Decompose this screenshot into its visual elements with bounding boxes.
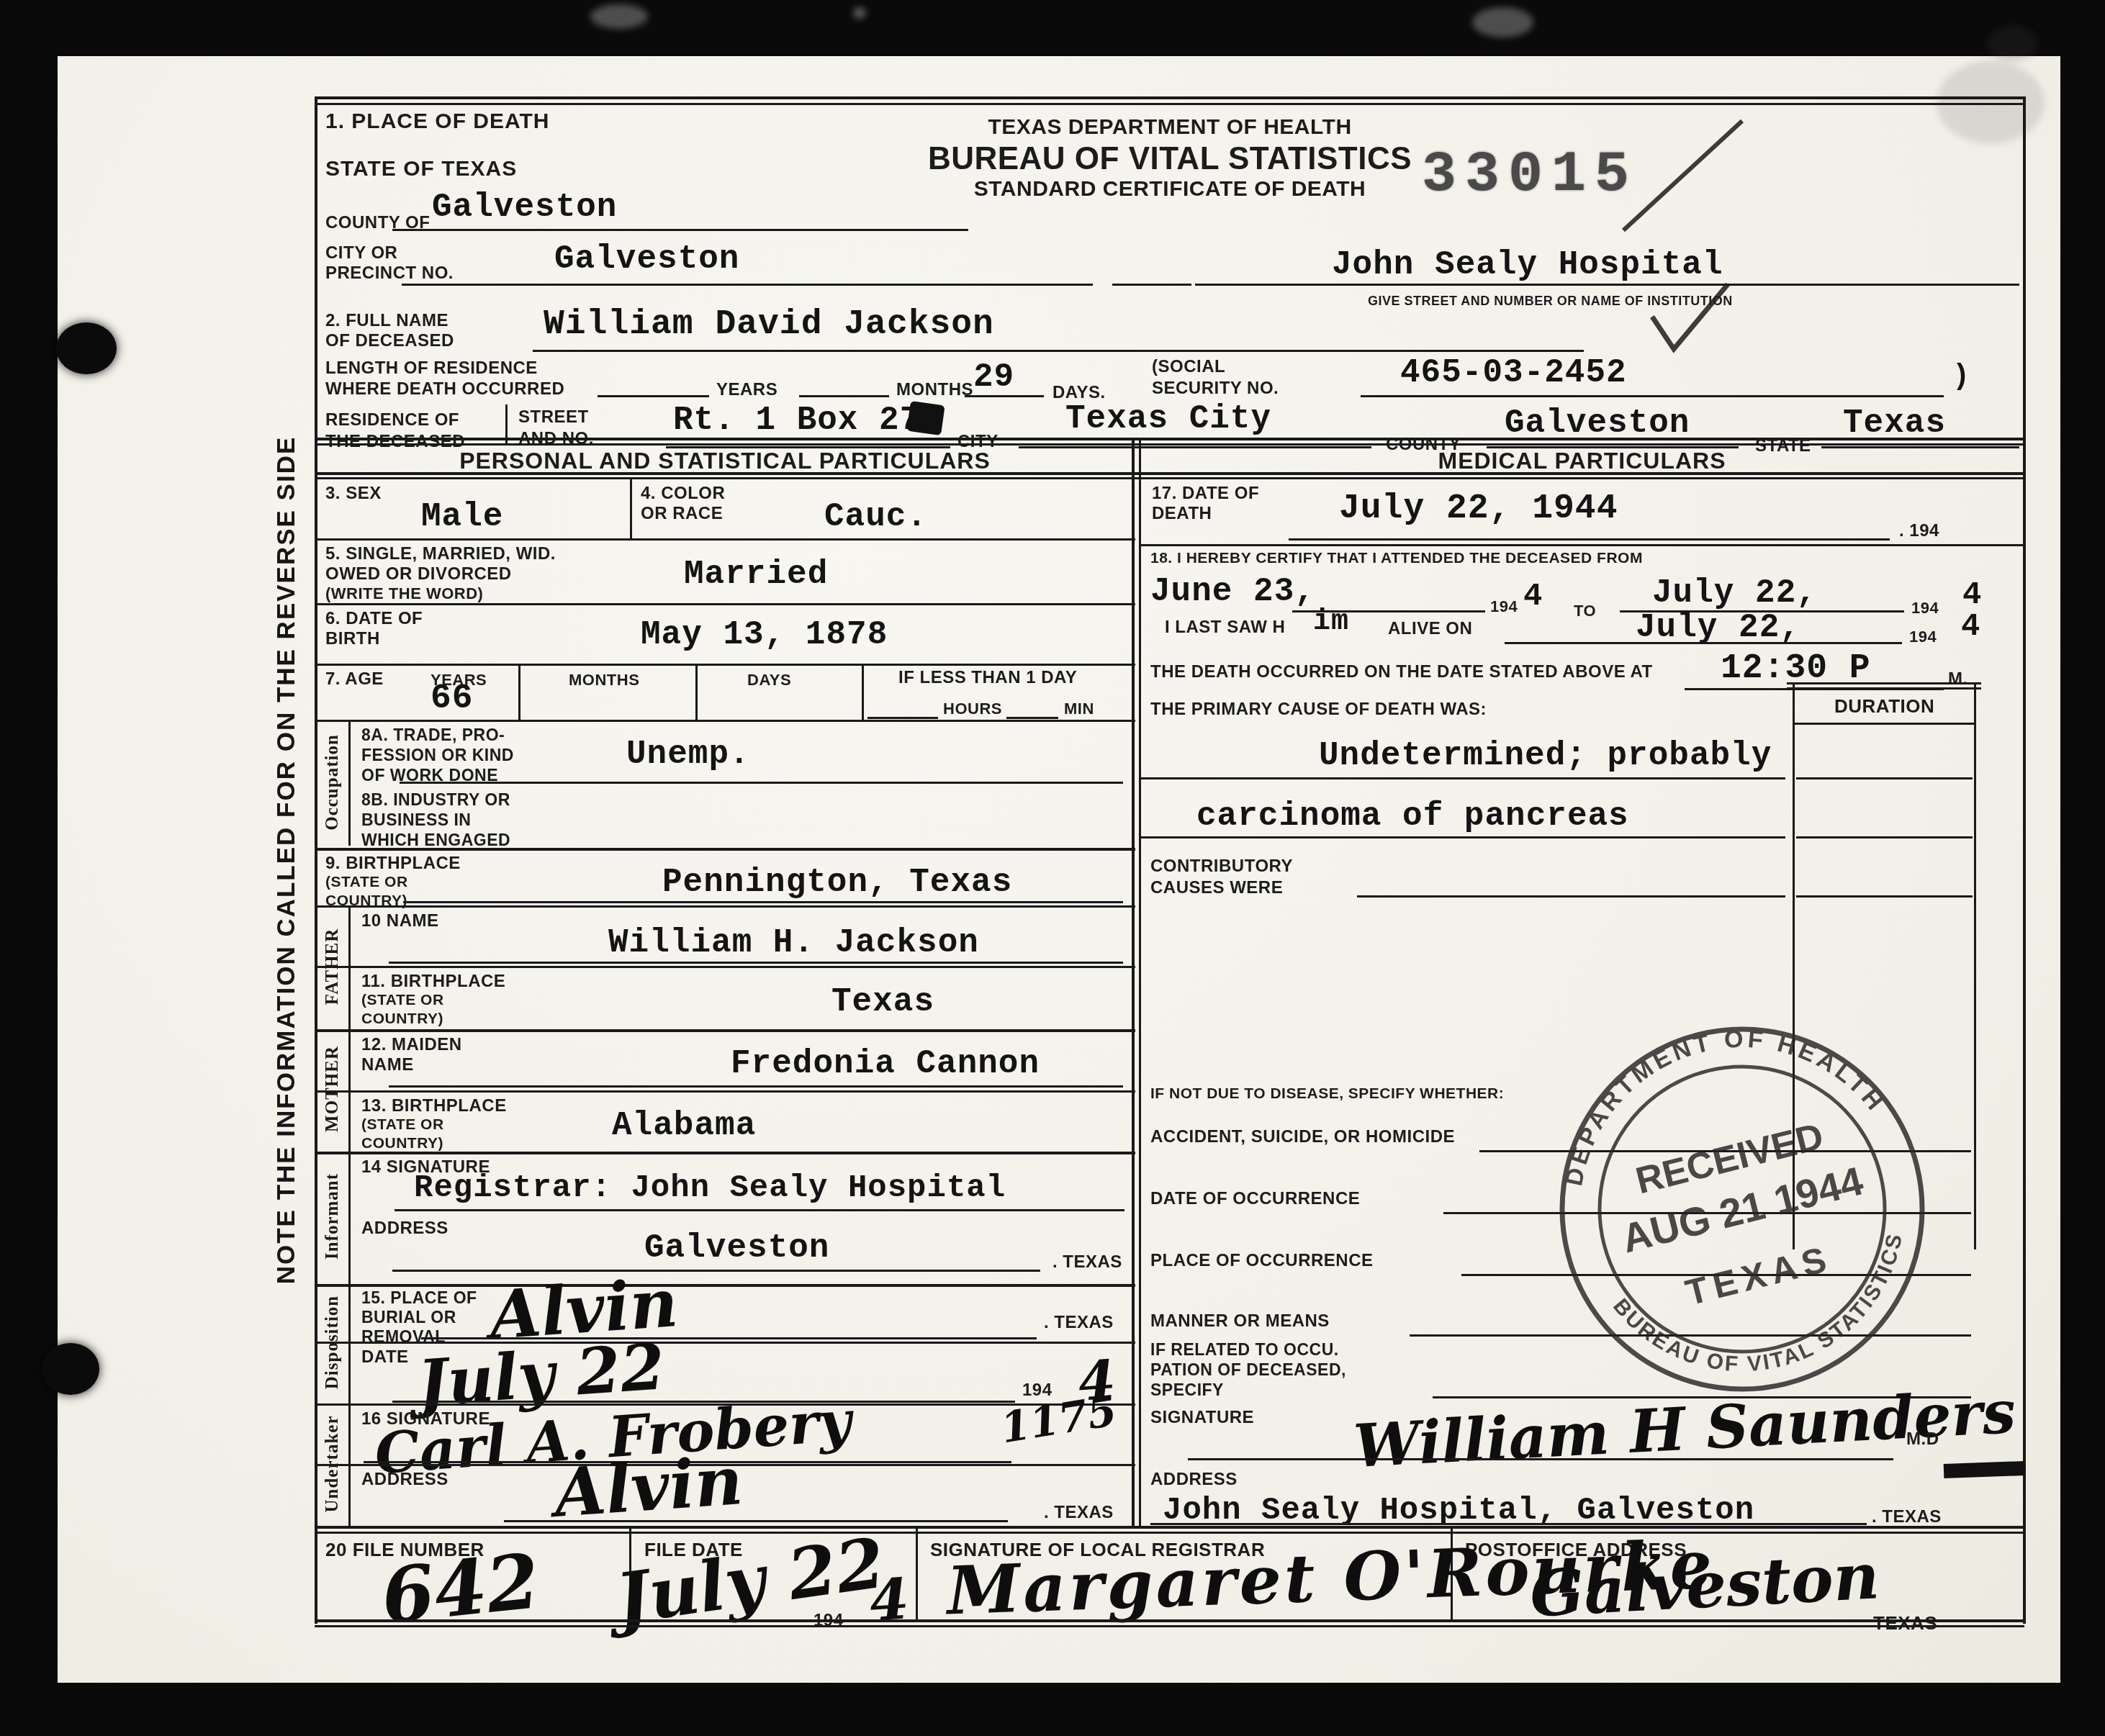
industry-label-1: 8B. INDUSTRY OR [361, 790, 510, 810]
rule [392, 229, 968, 231]
attended-from-year-prefix: 194 [1490, 597, 1518, 616]
rule [348, 905, 351, 1526]
punch-hole [56, 322, 117, 374]
informant-address-label: ADDRESS [361, 1219, 449, 1239]
rule [533, 350, 1584, 352]
mother-birthplace-label-3: COUNTRY) [361, 1135, 443, 1152]
md-address-state: . TEXAS [1872, 1507, 1942, 1527]
ssn-paren: ) [1952, 361, 1970, 394]
mother-name-label-2: NAME [361, 1055, 414, 1075]
attended-to-year-suffix: 4 [1962, 577, 1982, 613]
undertaker-address-handwriting: Alvin [552, 1442, 746, 1532]
institution-caption: GIVE STREET AND NUMBER OR NAME OF INSTIT… [1368, 294, 1733, 309]
age-months-label: MONTHS [569, 671, 639, 690]
rule [1787, 687, 1981, 690]
md-label: M.D [1906, 1429, 1939, 1450]
burial-label-1: 15. PLACE OF [361, 1288, 477, 1308]
rule [315, 1526, 2024, 1529]
film-smudge [853, 7, 866, 19]
mother-name-value: Fredonia Cannon [731, 1045, 1040, 1082]
ink-blot [906, 401, 945, 435]
burial-state: . TEXAS [1044, 1313, 1114, 1333]
rule [1974, 682, 1976, 1249]
rule [315, 1152, 1135, 1154]
marital-value: Married [684, 556, 828, 593]
informant-signature-value: Registrar: John Sealy Hospital [414, 1170, 1006, 1206]
rule [598, 395, 709, 397]
city-label-1: CITY OR [325, 243, 397, 263]
rule [2023, 96, 2026, 1624]
father-birthplace-label-2: (STATE OR [361, 992, 444, 1009]
rule [695, 664, 698, 720]
undertaker-address-label: ADDRESS [361, 1470, 449, 1490]
last-saw-year-prefix: 194 [1909, 628, 1937, 646]
occupation-related-label-2: PATION OF DECEASED, [1150, 1360, 1346, 1380]
title-dept: TEXAS DEPARTMENT OF HEALTH [835, 115, 1505, 140]
attended-from-value: June 23, [1150, 573, 1315, 610]
rule [315, 1625, 2024, 1627]
rule [1006, 717, 1058, 719]
rule [799, 395, 889, 397]
rule [315, 96, 2024, 99]
occupation-side-label: Occupation [323, 734, 343, 831]
rule [315, 664, 1135, 666]
residence-days-value: 29 [973, 358, 1014, 396]
mother-birthplace-label-2: (STATE OR [361, 1116, 444, 1134]
last-saw-him: im [1313, 606, 1349, 638]
rule [315, 472, 2024, 475]
rule [315, 1342, 1135, 1344]
rule [315, 1029, 1135, 1032]
accident-label: ACCIDENT, SUICIDE, OR HOMICIDE [1150, 1127, 1455, 1147]
rule [1150, 1523, 1867, 1525]
rule [1289, 538, 1890, 541]
not-disease-label: IF NOT DUE TO DISEASE, SPECIFY WHETHER: [1150, 1085, 1504, 1103]
state-of-texas-label: STATE OF TEXAS [325, 157, 517, 181]
birth-label-2: BIRTH [325, 629, 380, 649]
rule [395, 1209, 1124, 1211]
birthplace-label-2: (STATE OR [325, 874, 408, 891]
title-standard: STANDARD CERTIFICATE OF DEATH [835, 177, 1505, 202]
rule [389, 1085, 1123, 1088]
rule [518, 664, 520, 720]
marital-label-1: 5. SINGLE, MARRIED, WID. [325, 544, 556, 564]
paper-smudge [1987, 25, 2037, 61]
last-saw-label-1: I LAST SAW H [1165, 618, 1285, 638]
rule [315, 1619, 2024, 1622]
film-smudge [590, 4, 648, 29]
age-less-label: IF LESS THAN 1 DAY [898, 668, 1077, 688]
rule [315, 603, 1135, 605]
attended-to-label: TO [1574, 602, 1596, 620]
color-label-2: OR RACE [641, 504, 723, 524]
film-smudge [1472, 7, 1533, 37]
rule [315, 96, 317, 1624]
rule [348, 720, 351, 846]
rule [389, 962, 1123, 964]
ssn-label-1: (SOCIAL [1152, 357, 1225, 377]
institution-value: John Sealy Hospital [1332, 246, 1723, 284]
rule [315, 848, 1135, 851]
rule [315, 1532, 2024, 1534]
rule [315, 905, 1135, 908]
months-label: MONTHS [896, 380, 973, 400]
death-date-label-2: DEATH [1152, 504, 1212, 524]
attended-to-value: July 22, [1652, 574, 1817, 612]
rule [862, 664, 864, 720]
city-label-2: PRECINCT NO. [325, 263, 454, 284]
contributory-label-1: CONTRIBUTORY [1150, 856, 1293, 877]
trade-label-1: 8A. TRADE, PRO- [361, 725, 505, 745]
rule [965, 395, 1044, 397]
rule [1141, 836, 1785, 838]
rule [315, 720, 1135, 722]
fullname-label-1: 2. FULL NAME [325, 311, 449, 331]
primary-cause-label: THE PRIMARY CAUSE OF DEATH WAS: [1150, 700, 1487, 720]
sex-value: Male [421, 498, 503, 535]
state2-value: Texas [1843, 404, 1946, 442]
occurred-label: THE DEATH OCCURRED ON THE DATE STATED AB… [1150, 662, 1653, 682]
rule [1139, 438, 1141, 1526]
reverse-side-note: NOTE THE INFORMATION CALLED FOR ON THE R… [272, 436, 301, 1285]
ssn-value: 465-03-2452 [1400, 354, 1627, 392]
redaction-blot [1944, 1461, 2025, 1478]
age-min-label: MIN [1064, 700, 1094, 718]
trade-label-2: FESSION OR KIND [361, 746, 514, 765]
place-occurrence-label: PLACE OF OCCURRENCE [1150, 1251, 1374, 1271]
occupation-related-label-3: SPECIFY [1150, 1380, 1224, 1400]
mother-side-label: MOTHER [323, 1046, 343, 1132]
birth-value: May 13, 1878 [641, 616, 888, 654]
rule [867, 717, 938, 719]
mother-name-label-1: 12. MAIDEN [361, 1035, 462, 1055]
rule [315, 966, 1135, 968]
industry-label-3: WHICH ENGAGED [361, 831, 510, 850]
age-hours-label: HOURS [943, 700, 1002, 718]
rule [400, 782, 1123, 784]
rule [1796, 895, 1973, 898]
father-name-value: William H. Jackson [608, 924, 979, 962]
burial-label-2: BURIAL OR [361, 1308, 456, 1327]
rule [315, 443, 2024, 446]
cause-line-1: Undetermined; probably [1319, 737, 1772, 774]
trade-value: Unemp. [626, 736, 750, 773]
md-signature-label: SIGNATURE [1150, 1408, 1254, 1428]
rule [1141, 777, 1785, 779]
color-label-1: 4. COLOR [641, 484, 725, 504]
informant-address-state: . TEXAS [1052, 1252, 1122, 1272]
age-label: 7. AGE [325, 669, 384, 690]
marital-label-2: OWED OR DIVORCED [325, 564, 512, 584]
rule [315, 1284, 1135, 1287]
father-birthplace-label-1: 11. BIRTHPLACE [361, 972, 505, 992]
rule [402, 284, 1093, 286]
stamp-state: TEXAS [1682, 1238, 1836, 1313]
rule [504, 1520, 1008, 1522]
occupation-related-label-1: IF RELATED TO OCCU. [1150, 1340, 1339, 1360]
mother-birthplace-value: Alabama [612, 1107, 756, 1144]
city-value: Galveston [554, 240, 739, 278]
microfilm-scan: NOTE THE INFORMATION CALLED FOR ON THE R… [0, 0, 2105, 1736]
street-label-1: STREET [518, 407, 589, 428]
rule [1195, 284, 2019, 286]
postoffice-state: TEXAS [1873, 1612, 1937, 1635]
death-date-year-prefix: . 194 [1899, 521, 1939, 541]
last-saw-year-suffix: 4 [1961, 609, 1980, 645]
medical-section-header: MEDICAL PARTICULARS [1141, 448, 2023, 474]
birth-label-1: 6. DATE OF [325, 609, 423, 629]
county-value: Galveston [432, 189, 617, 226]
rule [1357, 895, 1785, 898]
county2-value: Galveston [1505, 404, 1690, 442]
film-right-band [2060, 0, 2105, 1736]
rule [315, 477, 2024, 479]
rule [1112, 284, 1191, 286]
residence-length-label-2: WHERE DEATH OCCURRED [325, 379, 564, 399]
last-saw-label-2: ALIVE ON [1388, 619, 1472, 639]
rule [1139, 544, 2023, 546]
death-date-label-1: 17. DATE OF [1152, 484, 1259, 504]
film-bottom-band [0, 1683, 2105, 1736]
rule [1787, 682, 1981, 684]
city2-value: Texas City [1065, 400, 1271, 438]
age-days-label: DAYS [747, 671, 791, 690]
date-occurrence-label: DATE OF OCCURRENCE [1150, 1189, 1360, 1209]
contributory-label-2: CAUSES WERE [1150, 878, 1283, 898]
undertaker-address-state: . TEXAS [1044, 1503, 1114, 1523]
rule [1796, 836, 1973, 838]
fullname-label-2: OF DECEASED [325, 331, 454, 351]
death-date-value: July 22, 1944 [1339, 489, 1618, 528]
birthplace-label-1: 9. BIRTHPLACE [325, 854, 461, 874]
certify-label: 18. I HEREBY CERTIFY THAT I ATTENDED THE… [1150, 550, 1643, 567]
rule [392, 1270, 1040, 1272]
attended-to-year-prefix: 194 [1911, 599, 1939, 618]
received-stamp: DEPARTMENT OF HEALTH BUREAU OF VITAL STA… [1541, 1008, 1944, 1411]
file-date-year-handwriting: 4 [867, 1566, 911, 1635]
residence-length-label-1: LENGTH OF RESIDENCE [325, 358, 538, 379]
mother-birthplace-label-1: 13. BIRTHPLACE [361, 1096, 507, 1116]
check-mark [1584, 101, 1814, 374]
rule [630, 477, 632, 538]
father-name-label: 10 NAME [361, 911, 439, 931]
years-label: YEARS [716, 380, 777, 400]
rule [1132, 438, 1135, 1526]
color-value: Cauc. [824, 498, 927, 535]
fullname-value: William David Jackson [544, 305, 994, 344]
rule [1188, 1458, 1893, 1460]
duration-label: DURATION [1834, 695, 1934, 718]
rule [916, 1526, 918, 1621]
attended-from-year-suffix: 4 [1523, 579, 1543, 615]
informant-side-label: Informant [323, 1173, 343, 1260]
street-value: Rt. 1 Box 27 [673, 402, 920, 439]
rule [315, 438, 2024, 440]
burial-date-label: DATE [361, 1347, 409, 1367]
sex-label: 3. SEX [325, 484, 382, 504]
rule [1361, 395, 1944, 397]
personal-section-header: PERSONAL AND STATISTICAL PARTICULARS [315, 448, 1135, 474]
rule [403, 901, 1123, 903]
father-birthplace-value: Texas [831, 983, 934, 1021]
rule [1793, 723, 1974, 725]
informant-address-value: Galveston [644, 1229, 829, 1267]
last-saw-value: July 22, [1636, 609, 1800, 646]
industry-label-2: BUSINESS IN [361, 810, 471, 830]
manner-label: MANNER OR MEANS [1150, 1311, 1330, 1332]
punch-hole [42, 1343, 99, 1395]
occurred-time-m: M. [1948, 669, 1968, 690]
father-birthplace-label-3: COUNTRY) [361, 1011, 443, 1028]
marital-label-3: (WRITE THE WORD) [325, 584, 483, 603]
cause-line-2: carcinoma of pancreas [1196, 797, 1629, 835]
place-of-death-label: 1. PLACE OF DEATH [325, 109, 549, 134]
md-address-label: ADDRESS [1150, 1470, 1238, 1490]
birthplace-value: Pennington, Texas [662, 864, 1012, 901]
rule [315, 1090, 1135, 1093]
rule [1796, 777, 1973, 779]
age-years-value: 66 [431, 679, 474, 718]
rule [315, 538, 1135, 541]
residence-label-1: RESIDENCE OF [325, 410, 459, 430]
ssn-label-2: SECURITY NO. [1152, 379, 1279, 399]
